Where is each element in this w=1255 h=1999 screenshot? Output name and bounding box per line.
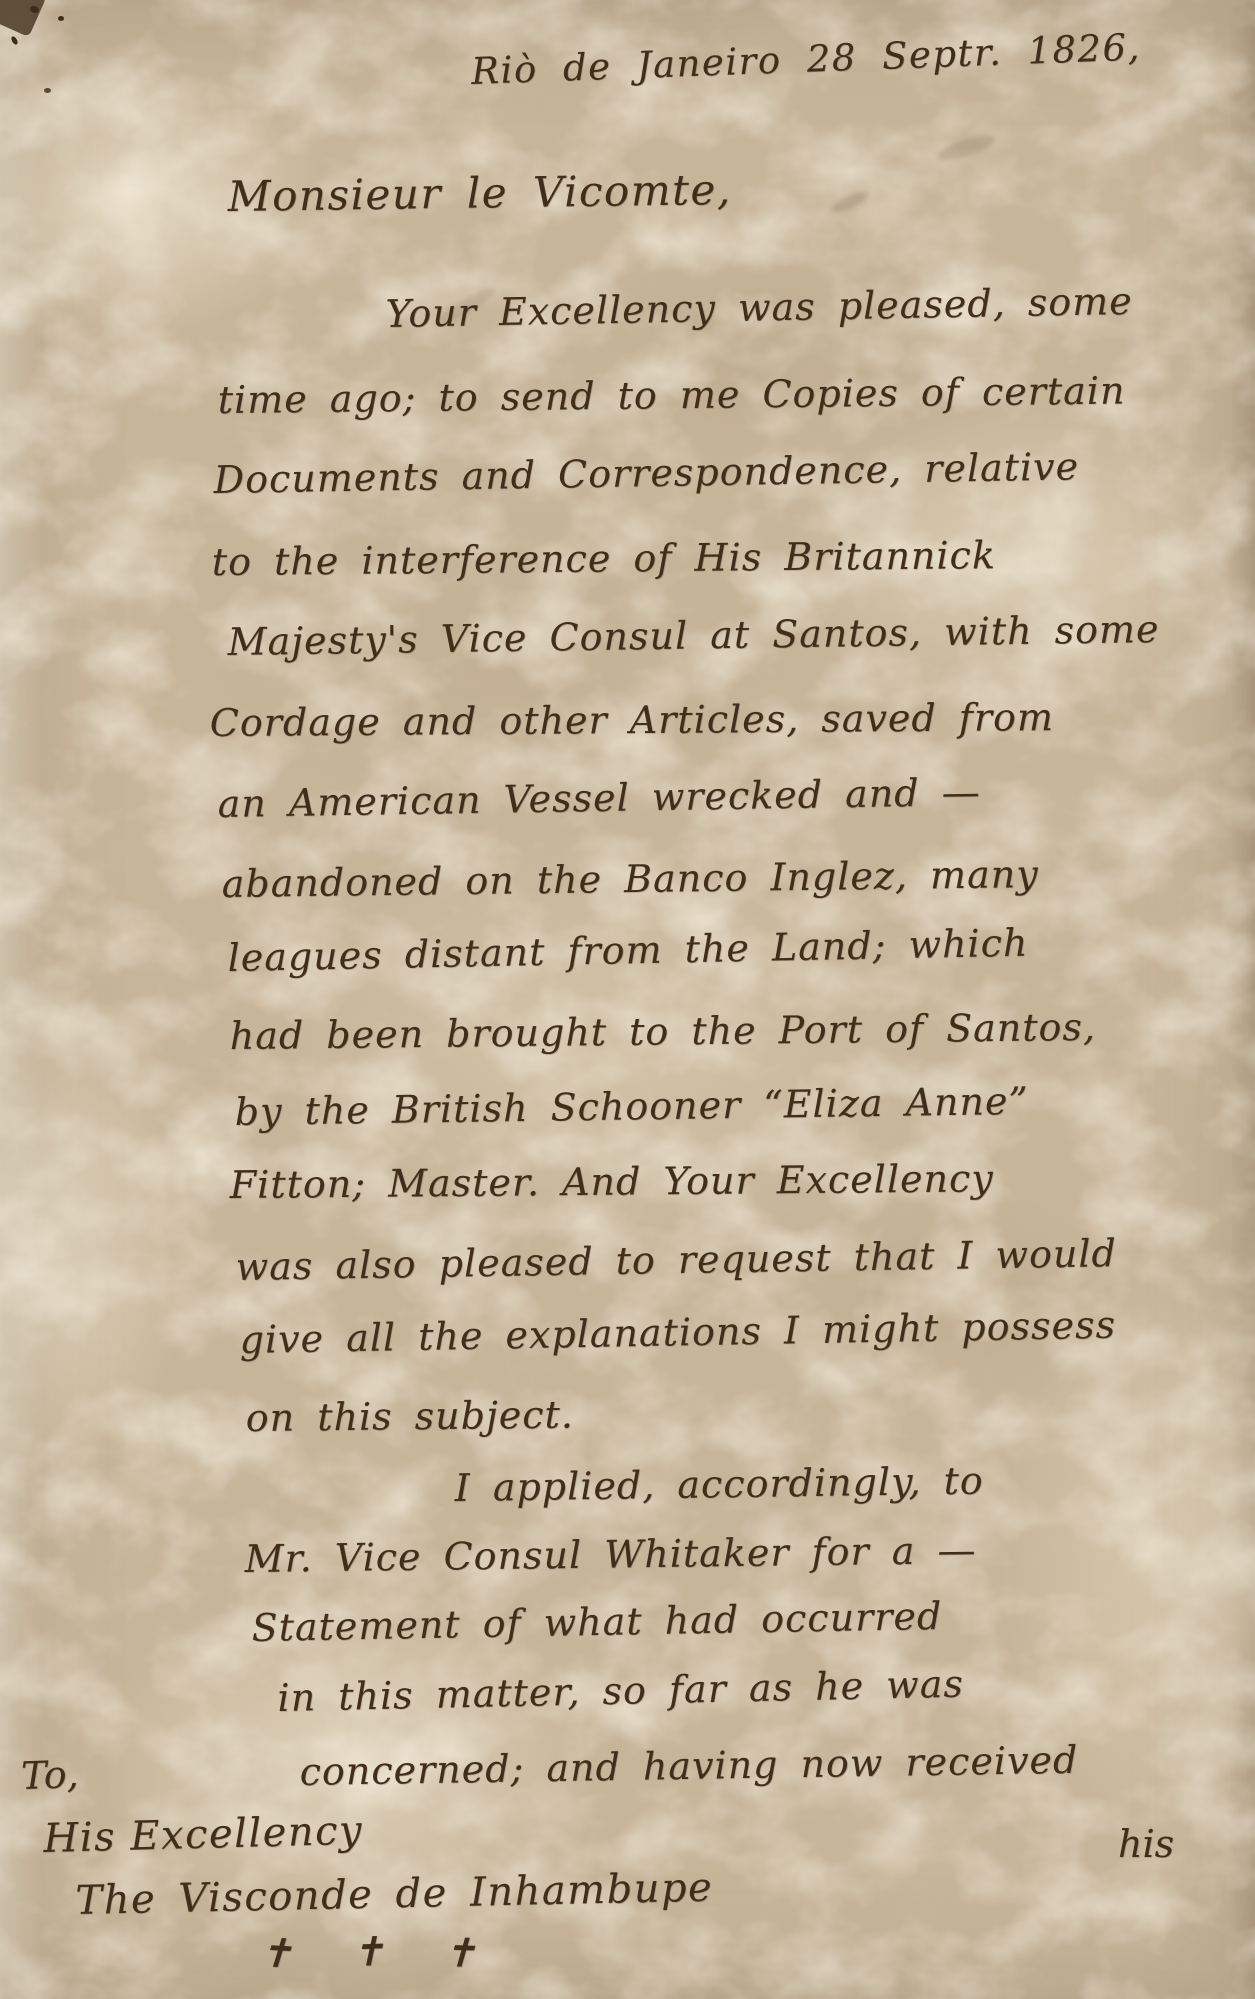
ink-smudge <box>829 188 870 215</box>
addressee-line: His Excellency <box>43 1808 364 1862</box>
corner-stain <box>0 0 47 37</box>
letter-line: I applied, accordingly, to <box>454 1459 984 1510</box>
letter-line: on this subject. <box>246 1393 575 1440</box>
letter-line: Documents and Correspondence, relative <box>213 444 1079 502</box>
letter-line: an American Vessel wrecked and — <box>217 770 981 826</box>
cross-mark-icon: ✝ <box>258 1930 294 1978</box>
dateline: Riò de Janeiro 28 Septr. 1826, <box>470 25 1141 93</box>
salutation: Monsieur le Vicomte, <box>227 165 732 221</box>
addressee-line: The Visconde de Inhambupe <box>75 1865 714 1924</box>
letter-line: in this matter, so far as he was <box>277 1662 964 1720</box>
letter-line: was also pleased to request that I would <box>235 1231 1117 1289</box>
letter-line: by the British Schooner “Eliza Anne” <box>234 1079 1029 1134</box>
ink-speck <box>58 16 64 21</box>
letter-line: Cordage and other Articles, saved from <box>210 695 1054 745</box>
letter-line: to the interference of His Britannick <box>212 533 996 584</box>
ink-smudge <box>935 131 997 165</box>
letter-line: concerned; and having now received <box>299 1738 1078 1794</box>
letter-line: give all the explanations I might posses… <box>239 1303 1116 1362</box>
letter-line: leagues distant from the Land; which <box>227 921 1029 980</box>
address-to-label: To, <box>20 1752 79 1798</box>
letter-page: Riò de Janeiro 28 Septr. 1826, Monsieur … <box>0 0 1255 1999</box>
letter-line: Statement of what had occurred <box>251 1594 942 1650</box>
cross-mark-icon: ✝ <box>442 1930 477 1977</box>
ink-speck <box>44 88 51 93</box>
letter-line: Your Excellency was pleased, some <box>385 279 1133 336</box>
letter-line: had been brought to the Port of Santos, <box>230 1005 1097 1058</box>
catchword: his <box>1118 1822 1174 1866</box>
ink-speck <box>10 35 19 45</box>
letter-line: abandoned on the Banco Inglez, many <box>221 852 1038 906</box>
letter-line: Majesty's Vice Consul at Santos, with so… <box>227 607 1159 664</box>
cross-mark-icon: ✝ <box>350 1929 385 1976</box>
letter-line: Fitton; Master. And Your Excellency <box>230 1156 994 1207</box>
letter-line: time ago; to send to me Copies of certai… <box>218 368 1126 422</box>
letter-line: Mr. Vice Consul Whitaker for a — <box>244 1528 976 1581</box>
